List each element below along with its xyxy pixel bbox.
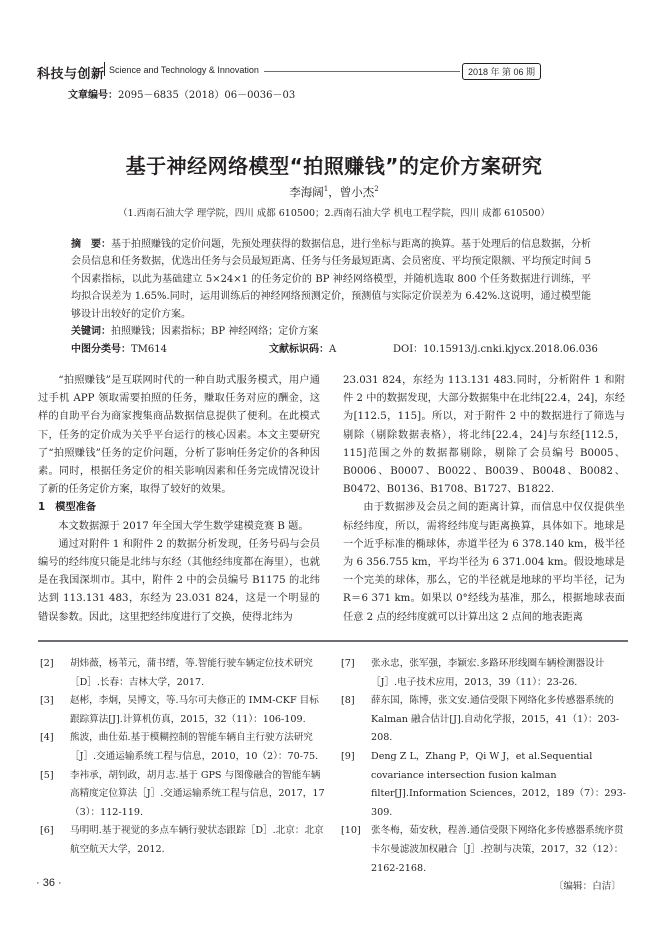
clc-value: TM614 xyxy=(131,344,167,355)
article-number: 文章编号：2095－6835（2018）06－0036－03 xyxy=(68,86,295,101)
journal-name-en: Science and Technology & Innovation xyxy=(109,65,259,75)
reference-text: 胡炜薇，杨苇元，蒲书缙，等.智能行驶车辆定位技术研究［D］.长春：吉林大学，20… xyxy=(70,658,313,688)
body-paragraph: 通过对附件 1 和附件 2 的数据分析发现，任务号码与会员编号的经纬度只能是北纬… xyxy=(38,536,320,627)
doc-code-value: A xyxy=(329,344,336,355)
reference-number: [7] xyxy=(341,655,371,674)
reference-number: [8] xyxy=(341,692,371,711)
reference-number: [10] xyxy=(341,822,371,841)
keywords: 关键词：拍照赚钱；因素指标；BP 神经网络；定价方案 xyxy=(71,322,318,337)
doc-code-label: 文献标识码： xyxy=(269,344,329,355)
reference-text: 李袆承，胡钊政，胡月志.基于 GPS 与图像融合的智能车辆高精度定位算法［J］.… xyxy=(70,770,325,818)
reference-item: [9]Deng Z L，Zhang P，Qi W J，et al.Sequent… xyxy=(341,748,629,822)
issue-badge: 2018 年 第 06 期 xyxy=(462,63,541,80)
reference-item: [2]胡炜薇，杨苇元，蒲书缙，等.智能行驶车辆定位技术研究［D］.长春：吉林大学… xyxy=(40,655,328,692)
reference-number: [9] xyxy=(341,748,371,767)
reference-text: 马明明.基于视觉的多点车辆行驶状态跟踪［D］.北京：北京航空航天大学，2012. xyxy=(70,825,324,855)
paper-title: 基于神经网络模型“拍照赚钱”的定价方案研究 xyxy=(0,150,668,179)
abstract-label: 摘 要： xyxy=(71,239,111,250)
abstract-text: 基于拍照赚钱的定价问题，先预处理获得的数据信息，进行坐标与距离的换算。基于处理后… xyxy=(71,239,591,320)
reference-item: [8]薛东国，陈博，张文安.通信受限下网络化多传感器系统的 Kalman 融合估… xyxy=(341,692,629,748)
intro-paragraph: “拍照赚钱”是互联网时代的一种自助式服务模式，用户通过手机 APP 领取需要拍照… xyxy=(38,372,320,499)
reference-text: 熊波，曲仕茹.基于模糊控制的智能车辆自主行驶方法研究［J］.交通运输系统工程与信… xyxy=(70,732,318,762)
article-number-label: 文章编号： xyxy=(68,90,118,101)
reference-text: Deng Z L，Zhang P，Qi W J，et al.Sequential… xyxy=(371,751,626,818)
clc-label: 中图分类号： xyxy=(71,344,131,355)
reference-text: 张冬梅，茹安秋，程善.通信受限下网络化多传感器系统序贯卡尔曼滤波加权融合［J］.… xyxy=(371,825,624,873)
keywords-label: 关键词： xyxy=(71,326,111,337)
keywords-text: 拍照赚钱；因素指标；BP 神经网络；定价方案 xyxy=(111,326,318,337)
author-affil-mark: 2 xyxy=(374,185,378,193)
reference-number: [3] xyxy=(40,692,70,711)
body-column-left: “拍照赚钱”是互联网时代的一种自助式服务模式，用户通过手机 APP 领取需要拍照… xyxy=(38,372,320,627)
doi-label: DOI： xyxy=(393,344,423,355)
references-divider xyxy=(38,640,628,642)
section-heading: 1 模型准备 xyxy=(38,499,320,517)
reference-text: 赵彬，李炯，吴博文，等.马尔可夫修正的 IMM-CKF 目标跟踪算法[J].计算… xyxy=(70,695,319,725)
page-number: · 36 · xyxy=(36,877,62,889)
body-paragraph: 由于数据涉及会员之间的距离计算，而信息中仅仅提供坐标经纬度，所以，需将经纬度与距… xyxy=(343,499,625,626)
body-column-right: 23.031 824，东经为 113.131 483.同时，分析附件 1 和附件… xyxy=(343,372,625,627)
body-paragraph: 本文数据源于 2017 年全国大学生数学建模竞赛 B 题。 xyxy=(38,518,320,536)
author-name: 李海阔 xyxy=(289,185,324,199)
references-column-right: [7]张永忠，张军强，李颖宏.多路环形线圈车辆检测器设计［J］.电子技术应用，2… xyxy=(341,655,629,897)
abstract: 摘 要：基于拍照赚钱的定价问题，先预处理获得的数据信息，进行坐标与距离的换算。基… xyxy=(71,236,591,323)
body-paragraph-continued: 23.031 824，东经为 113.131 483.同时，分析附件 1 和附件… xyxy=(343,372,625,499)
author-separator: ， xyxy=(328,185,340,199)
editor-credit: 〔编辑：白洁〕 xyxy=(341,878,629,897)
reference-text: 张永忠，张军强，李颖宏.多路环形线圈车辆检测器设计［J］.电子技术应用，2013… xyxy=(371,658,604,688)
header-separator xyxy=(104,62,105,76)
reference-item: [6]马明明.基于视觉的多点车辆行驶状态跟踪［D］.北京：北京航空航天大学，20… xyxy=(40,822,328,859)
reference-item: [5]李袆承，胡钊政，胡月志.基于 GPS 与图像融合的智能车辆高精度定位算法［… xyxy=(40,767,328,823)
reference-item: [10]张冬梅，茹安秋，程善.通信受限下网络化多传感器系统序贯卡尔曼滤波加权融合… xyxy=(341,822,629,878)
reference-item: [4]熊波，曲仕茹.基于模糊控制的智能车辆自主行驶方法研究［J］.交通运输系统工… xyxy=(40,729,328,766)
header-rule xyxy=(264,71,460,72)
reference-number: [6] xyxy=(40,822,70,841)
journal-name-cn: 科技与创新 xyxy=(37,63,105,82)
reference-item: [7]张永忠，张军强，李颖宏.多路环形线圈车辆检测器设计［J］.电子技术应用，2… xyxy=(341,655,629,692)
references-column-left: [2]胡炜薇，杨苇元，蒲书缙，等.智能行驶车辆定位技术研究［D］.长春：吉林大学… xyxy=(40,655,328,860)
doi-value: 10.15913/j.cnki.kjycx.2018.06.036 xyxy=(423,344,598,355)
affiliations: （1.西南石油大学 理学院，四川 成都 610500；2.西南石油大学 机电工程… xyxy=(0,205,668,219)
reference-number: [2] xyxy=(40,655,70,674)
reference-text: 薛东国，陈博，张文安.通信受限下网络化多传感器系统的 Kalman 融合估计[J… xyxy=(371,695,619,743)
author-name: 曾小杰 xyxy=(340,185,375,199)
reference-number: [4] xyxy=(40,729,70,748)
article-number-value: 2095－6835（2018）06－0036－03 xyxy=(118,90,295,101)
authors: 李海阔1，曾小杰2 xyxy=(0,184,668,200)
reference-item: [3]赵彬，李炯，吴博文，等.马尔可夫修正的 IMM-CKF 目标跟踪算法[J]… xyxy=(40,692,328,729)
reference-number: [5] xyxy=(40,767,70,786)
